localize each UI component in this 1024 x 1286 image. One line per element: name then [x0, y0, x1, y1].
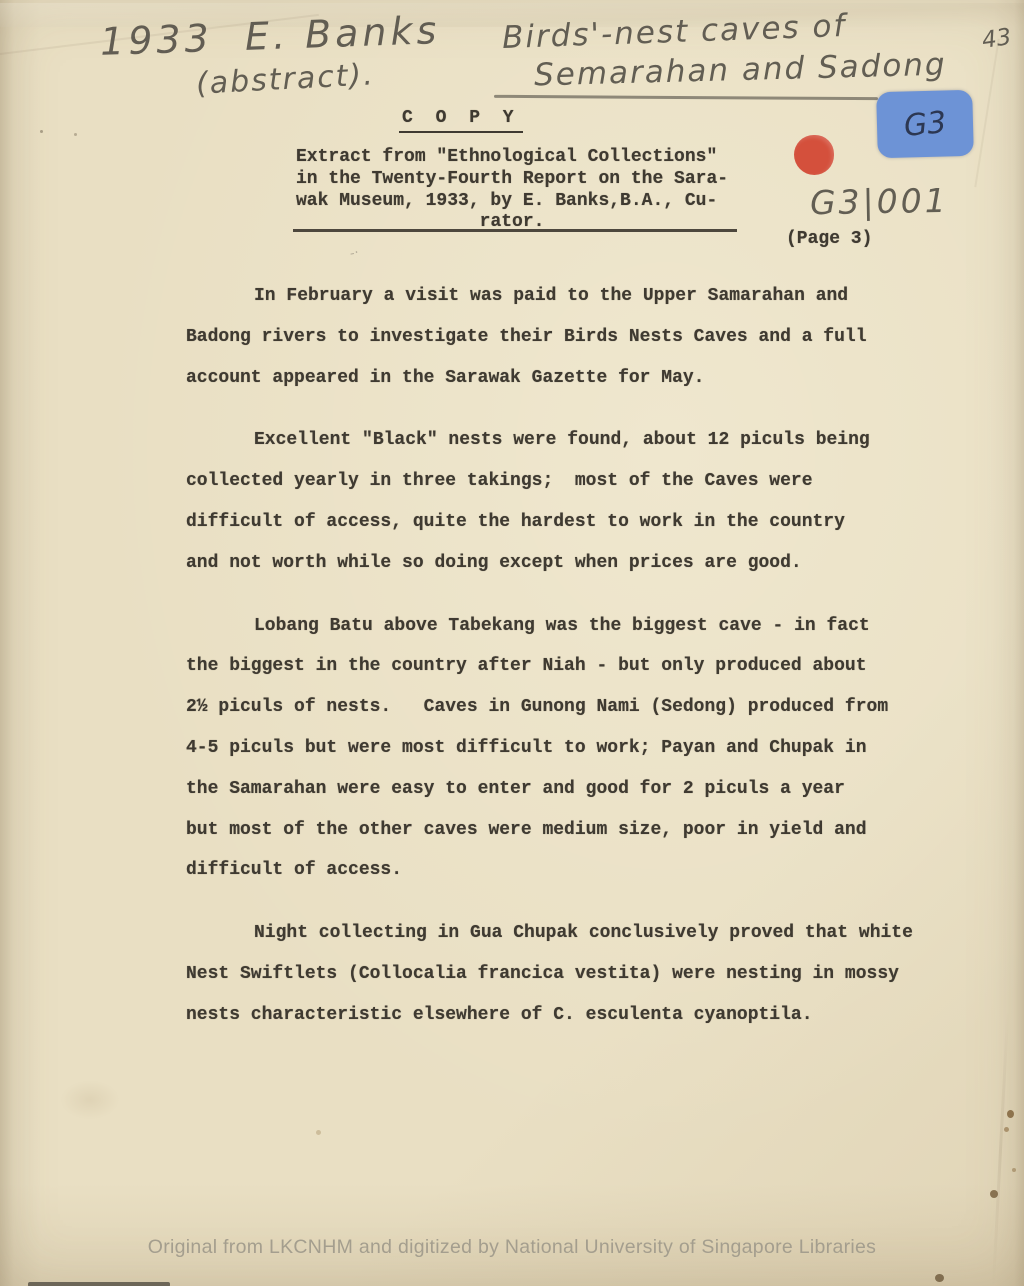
foxing-spot [1007, 1110, 1014, 1118]
ink-speck [40, 130, 43, 133]
foxing-spot [935, 1274, 944, 1282]
catalog-code-annotation: G3|001 [810, 181, 949, 222]
foxing-spot [1004, 1127, 1009, 1132]
paper-crease-right-upper [974, 39, 999, 187]
document-body: In February a visit was paid to the Uppe… [186, 276, 930, 1058]
paragraph-february-visit: In February a visit was paid to the Uppe… [186, 276, 930, 398]
scanned-document-page: 1933 E. Banks (abstract). Birds'-nest ca… [0, 0, 1024, 1286]
page-number: (Page 3) [786, 229, 872, 249]
paper-stain [60, 1080, 120, 1120]
source-citation-block: Extract from "Ethnological Collections" … [296, 147, 732, 234]
foxing-spot [316, 1130, 321, 1135]
sticker-label: G3 [902, 105, 948, 144]
red-dot-sticker [794, 135, 834, 175]
citation-underline [293, 229, 737, 232]
foxing-spot [1012, 1168, 1016, 1172]
annotation-abstract: (abstract). [195, 57, 375, 101]
annotation-number-43: 43 [980, 24, 1013, 54]
copy-heading: C O P Y [399, 108, 523, 133]
paragraph-black-nests: Excellent "Black" nests were found, abou… [186, 420, 930, 583]
ink-speck [74, 133, 77, 136]
annotation-title-underline [494, 95, 878, 100]
blue-classification-sticker: G3 [876, 90, 974, 158]
foxing-spot [990, 1190, 998, 1198]
paragraph-lobang-batu: Lobang Batu above Tabekang was the bigge… [186, 606, 930, 892]
pencil-smudge: -· [349, 245, 360, 261]
annotation-title-line1: Birds'-nest caves of [501, 8, 846, 56]
paragraph-night-collecting: Night collecting in Gua Chupak conclusiv… [186, 913, 930, 1035]
annotation-year-author: 1933 E. Banks [99, 8, 441, 64]
digitization-credit: Original from LKCNHM and digitized by Na… [0, 1236, 1024, 1259]
annotation-title-line2: Semarahan and Sadong [534, 47, 947, 94]
scan-edge-artifact [28, 1282, 170, 1286]
